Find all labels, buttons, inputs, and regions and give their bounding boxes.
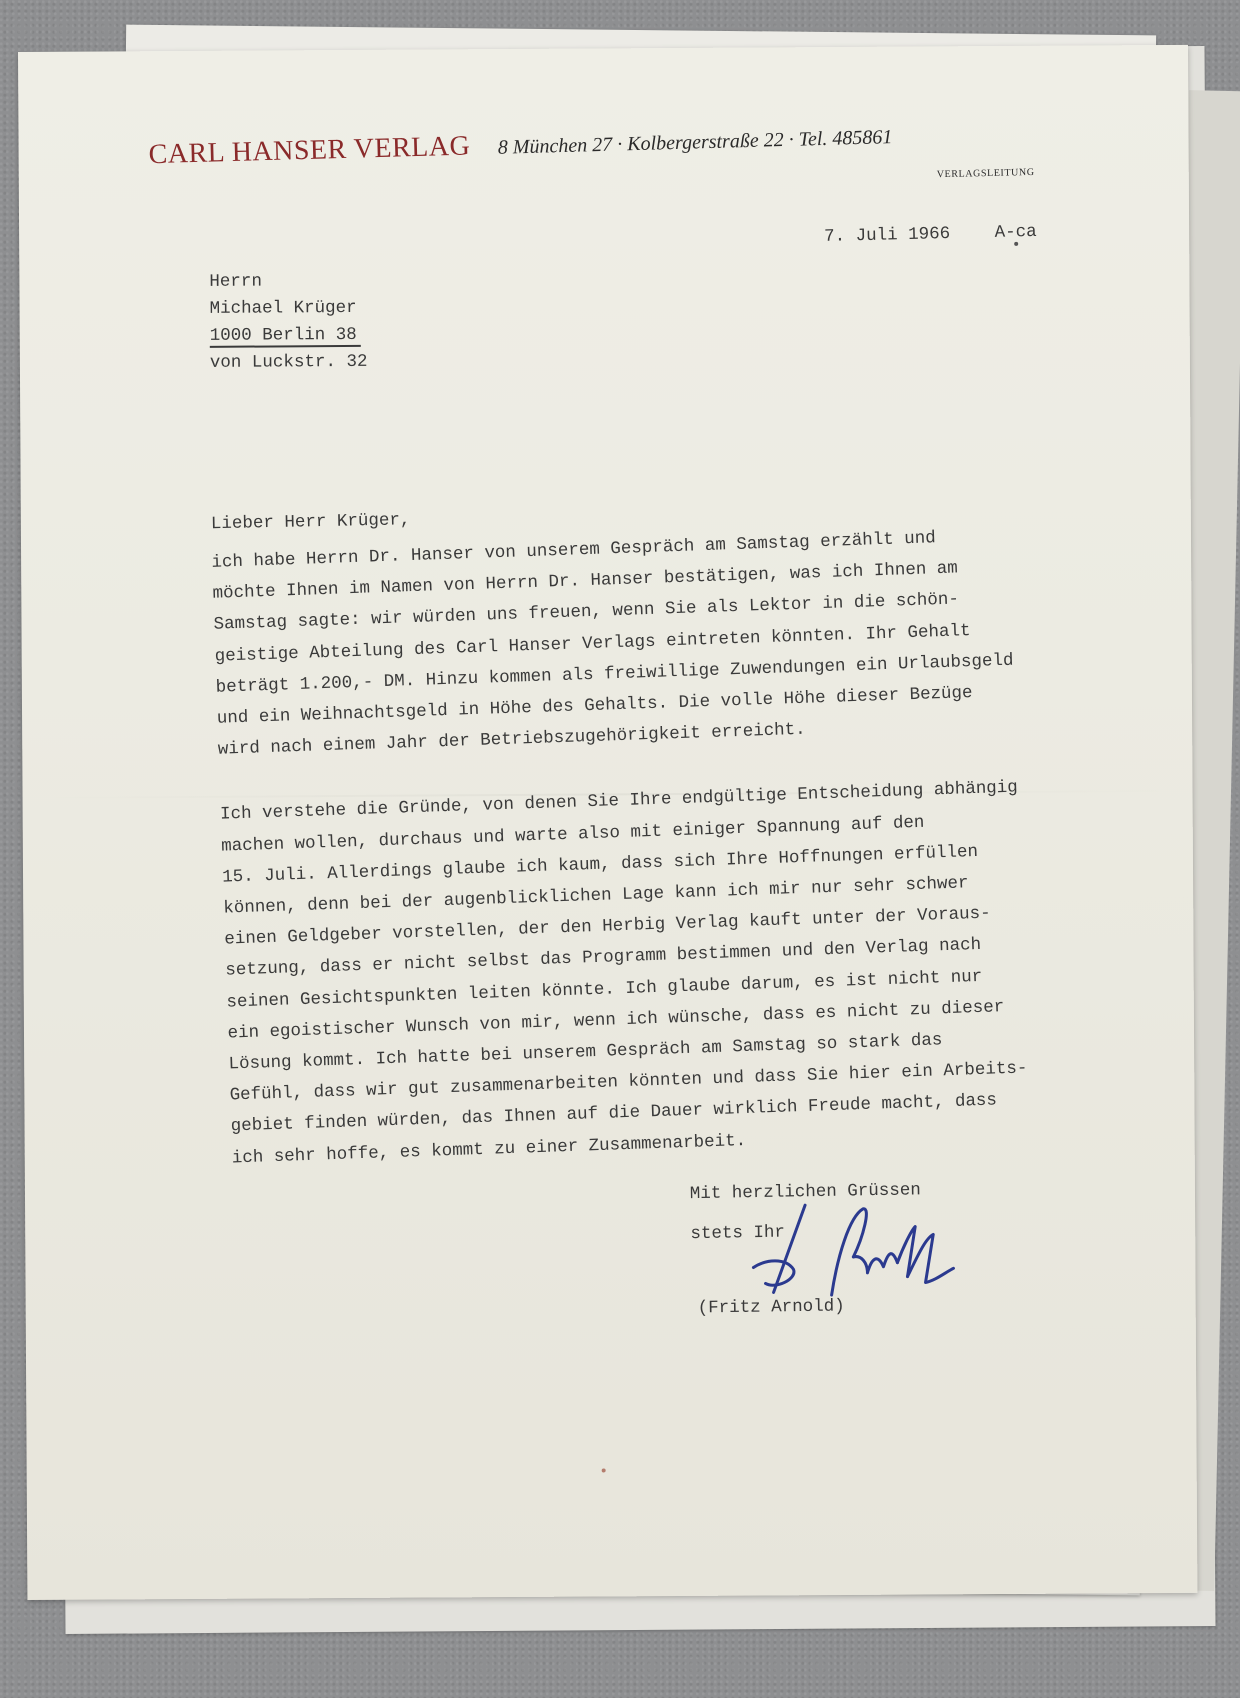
recipient-street: von Luckstr. 32 [210, 349, 368, 377]
paper-spot [602, 1468, 606, 1472]
recipient-address: Herrn Michael Krüger 1000 Berlin 38 von … [209, 268, 367, 377]
letter-body: ich habe Herrn Dr. Hanser von unserem Ge… [211, 517, 1132, 1174]
recipient-city: 1000 Berlin 38 [210, 325, 361, 348]
recipient-name: Michael Krüger [209, 295, 367, 323]
paper-spot [1014, 242, 1018, 246]
publisher-address: 8 München 27 · Kolbergerstraße 22 · Tel.… [498, 126, 893, 159]
date-line: 7. Juli 1966 A-ca [824, 222, 1037, 247]
paragraph: ich habe Herrn Dr. Hanser von unserem Ge… [211, 517, 1118, 766]
letter-date: 7. Juli 1966 [824, 224, 950, 247]
publisher-name: CARL HANSER VERLAG [148, 131, 470, 171]
reference-code: A-ca [994, 222, 1036, 243]
signer-name: (Fritz Arnold) [698, 1296, 845, 1318]
recipient-salutation: Herrn [209, 268, 367, 296]
paragraph: Ich verstehe die Gründe, von denen Sie I… [220, 769, 1132, 1174]
letterhead: CARL HANSER VERLAG 8 München 27 · Kolber… [148, 119, 893, 171]
department-label: VERLAGSLEITUNG [937, 167, 1035, 180]
handwritten-signature [745, 1196, 966, 1307]
salutation: Lieber Herr Krüger, [211, 510, 411, 534]
letter-page: CARL HANSER VERLAG 8 München 27 · Kolber… [18, 45, 1197, 1600]
